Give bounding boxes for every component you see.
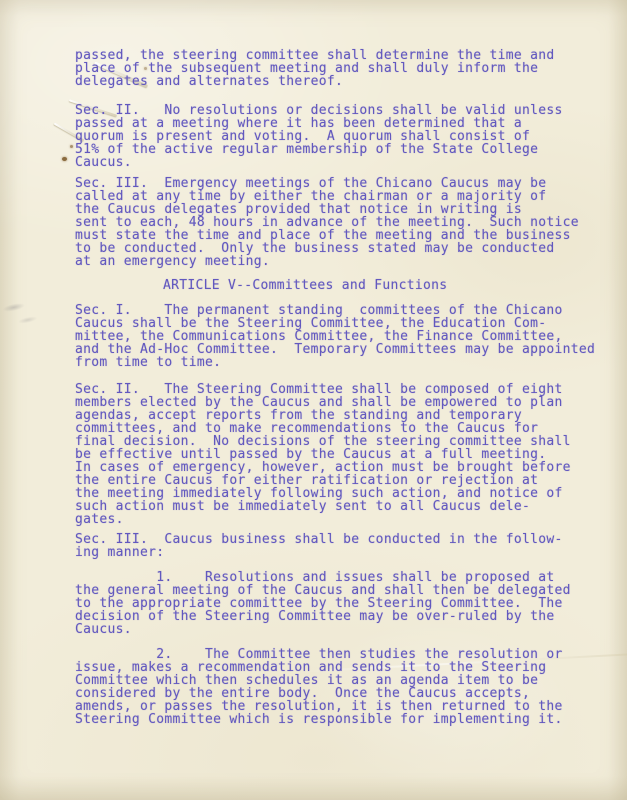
text-column: passed, the steering committee shall det… bbox=[75, 0, 615, 800]
paragraph-art5-sec-3: Sec. III. Caucus business shall be condu… bbox=[75, 533, 563, 559]
article-v-heading: ARTICLE V--Committees and Functions bbox=[163, 279, 447, 292]
rust-stain bbox=[70, 145, 73, 148]
paragraph-art5-sec-1: Sec. I. The permanent standing committee… bbox=[75, 304, 595, 369]
paragraph-sec-3: Sec. III. Emergency meetings of the Chic… bbox=[75, 177, 579, 268]
paragraph-item-1: 1. Resolutions and issues shall be propo… bbox=[75, 571, 571, 636]
paragraph-continuation: passed, the steering committee shall det… bbox=[75, 49, 554, 88]
paragraph-art5-sec-2: Sec. II. The Steering Committee shall be… bbox=[75, 383, 571, 526]
paragraph-sec-2: Sec. II. No resolutions or decisions sha… bbox=[75, 104, 563, 169]
pencil-smudge bbox=[0, 290, 49, 336]
paragraph-item-2: 2. The Committee then studies the resolu… bbox=[75, 648, 563, 726]
scanned-typewritten-page: passed, the steering committee shall det… bbox=[0, 0, 627, 800]
rust-stain bbox=[62, 157, 67, 161]
